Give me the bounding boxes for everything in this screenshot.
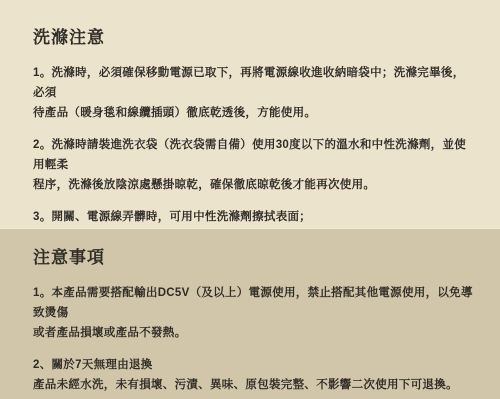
washing-instruction-item-1: 1。洗滌時，必須確保移動電源已取下，再將電源線收進收納暗袋中；洗滌完畢後，必須 … [33, 63, 474, 123]
washing-instruction-item-3: 3。開關、電源線弄髒時，可用中性洗滌劑擦拭表面； [33, 207, 474, 227]
washing-instructions-section: 洗滌注意 1。洗滌時，必須確保移動電源已取下，再將電源線收進收納暗袋中；洗滌完畢… [0, 0, 500, 228]
precautions-section: 注意事項 1。本產品需要搭配輸出DC5V（及以上）電源使用，禁止搭配其他電源使用… [0, 228, 500, 399]
precaution-item-2: 2、關於7天無理由退換 產品未經水洗，未有損壞、污漬、異味、原包裝完整、不影響二… [33, 355, 474, 395]
washing-instructions-title: 洗滌注意 [33, 28, 474, 47]
washing-instruction-item-2: 2。洗滌時請裝進洗衣袋（洗衣袋需自備）使用30度以下的溫水和中性洗滌劑，並使用輕… [33, 135, 474, 195]
precautions-title: 注意事項 [33, 248, 474, 267]
precaution-item-1: 1。本產品需要搭配輸出DC5V（及以上）電源使用，禁止搭配其他電源使用，以免導致… [33, 283, 474, 343]
product-care-page: 洗滌注意 1。洗滌時，必須確保移動電源已取下，再將電源線收進收納暗袋中；洗滌完畢… [0, 0, 500, 399]
